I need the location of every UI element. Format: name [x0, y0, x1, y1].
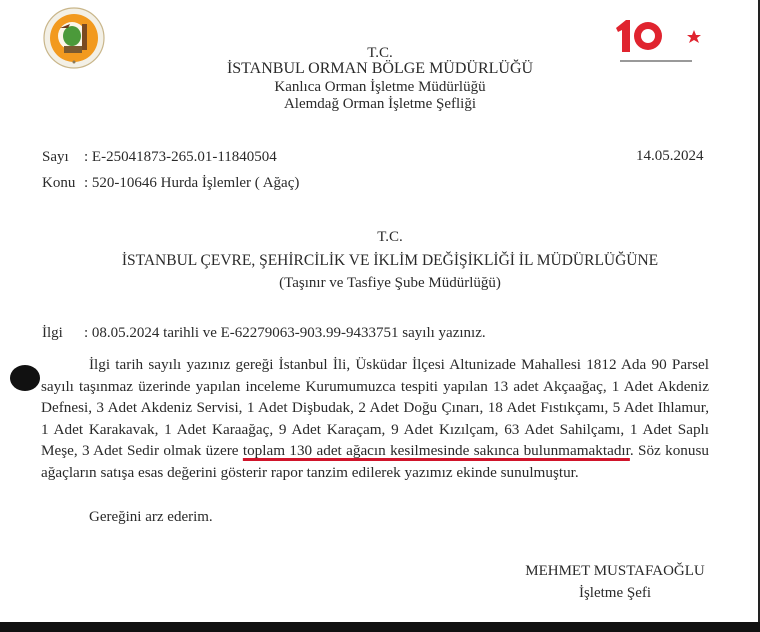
sayi-row: Sayı: E-25041873-265.01-11840504	[42, 148, 277, 166]
header-organization: İSTANBUL ORMAN BÖLGE MÜDÜRLÜĞÜ	[0, 60, 760, 78]
sayi-value: : E-25041873-265.01-11840504	[84, 149, 277, 165]
highlighted-statement: toplam 130 adet ağacın kesilmesinde sakı…	[243, 442, 630, 459]
signatory-title: İşletme Şefi	[500, 585, 730, 602]
body-paragraph: İlgi tarih sayılı yazınız gereği İstanbu…	[41, 354, 709, 483]
closing-line: Gereğini arz ederim.	[89, 509, 213, 526]
konu-value: : 520-10646 Hurda İşlemler ( Ağaç)	[84, 175, 299, 191]
signatory-name: MEHMET MUSTAFAOĞLU	[500, 563, 730, 580]
recipient-name: İSTANBUL ÇEVRE, ŞEHİRCİLİK VE İKLİM DEĞİ…	[0, 252, 760, 270]
header-department: Kanlıca Orman İşletme Müdürlüğü	[0, 78, 760, 96]
bottom-border	[0, 622, 760, 632]
redaction-mark	[10, 365, 40, 391]
sayi-label: Sayı	[42, 148, 84, 166]
document-page: T.C. İSTANBUL ORMAN BÖLGE MÜDÜRLÜĞÜ Kanl…	[0, 0, 758, 622]
konu-row: Konu: 520-10646 Hurda İşlemler ( Ağaç)	[42, 174, 299, 192]
ilgi-row: İlgi: 08.05.2024 tarihli ve E-62279063-9…	[42, 325, 486, 342]
ilgi-value: : 08.05.2024 tarihli ve E-62279063-903.9…	[84, 325, 486, 341]
recipient-tc: T.C.	[0, 228, 760, 246]
header-unit: Alemdağ Orman İşletme Şefliği	[0, 95, 760, 113]
ilgi-label: İlgi	[42, 325, 84, 342]
konu-label: Konu	[42, 174, 84, 192]
recipient-subunit: (Taşınır ve Tasfiye Şube Müdürlüğü)	[0, 274, 760, 292]
document-date: 14.05.2024	[636, 148, 704, 165]
